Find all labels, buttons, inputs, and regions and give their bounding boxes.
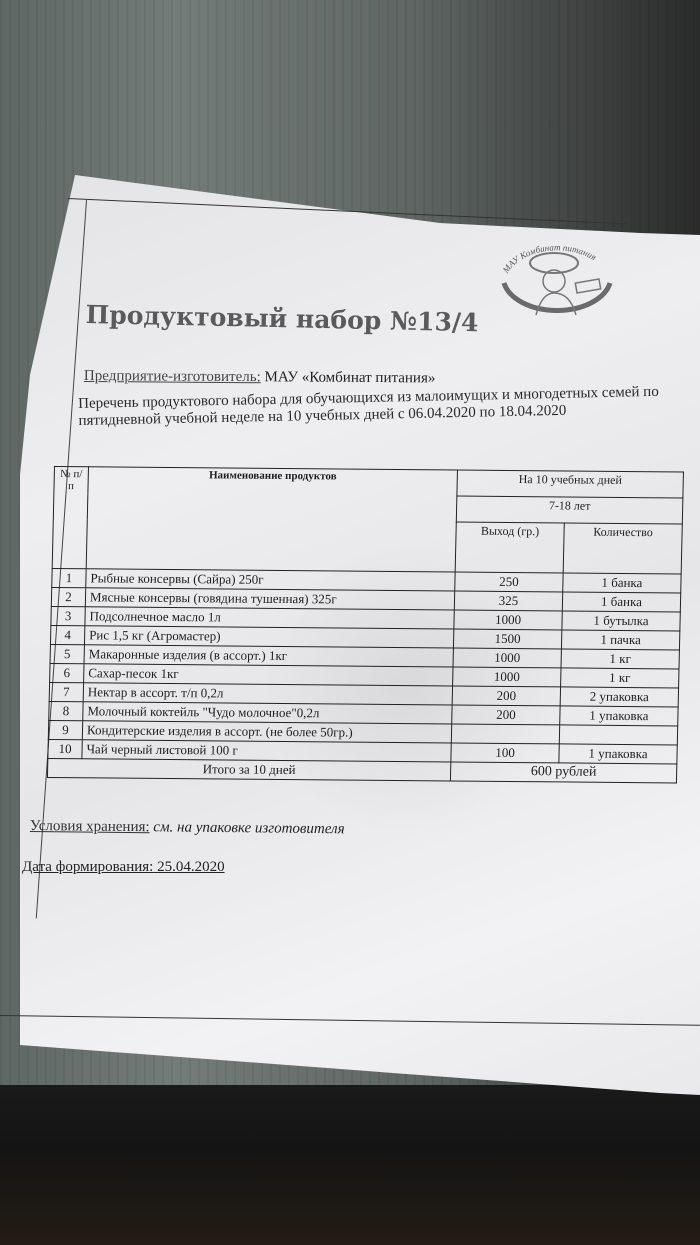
- product-table: № п/п Наименование продуктов На 10 учебн…: [47, 466, 684, 783]
- cell-num: 7: [49, 682, 83, 701]
- cell-quantity: 1 пачка: [561, 630, 679, 650]
- header-output: Выход (гр.): [455, 522, 564, 573]
- cell-quantity: [559, 725, 677, 745]
- producer-label: Предприятие-изготовитель:: [84, 368, 261, 385]
- cell-quantity: 1 кг: [561, 649, 679, 669]
- cell-quantity: 1 бутылка: [562, 611, 680, 631]
- cell-num: 4: [50, 625, 84, 644]
- cell-output: 1500: [453, 629, 561, 649]
- cell-quantity: 1 упаковка: [560, 706, 678, 726]
- cell-output: 200: [452, 705, 560, 725]
- storage-conditions: Условия хранения: см. на упаковке изгото…: [30, 818, 345, 838]
- header-num: № п/п: [52, 467, 88, 569]
- cell-num: 2: [51, 587, 85, 606]
- header-age: 7-18 лет: [456, 496, 683, 524]
- header-quantity: Количество: [563, 523, 682, 574]
- storage-label: Условия хранения:: [30, 818, 150, 835]
- cell-output: 1000: [454, 610, 562, 630]
- dark-floor-area: [0, 1085, 700, 1245]
- cell-quantity: 1 банка: [562, 592, 680, 612]
- cell-output: 200: [452, 686, 560, 706]
- cell-num: 3: [51, 606, 85, 625]
- cell-num: 5: [50, 644, 84, 663]
- chef-logo-icon: МАУ Комбинат питания: [492, 237, 622, 319]
- cell-output: 100: [451, 743, 559, 763]
- cell-quantity: 1 кг: [561, 668, 679, 688]
- cell-output: 250: [455, 572, 563, 592]
- cell-num: 10: [48, 739, 82, 758]
- cell-output: [451, 724, 559, 744]
- cell-quantity: 1 упаковка: [559, 744, 677, 764]
- formation-date: Дата формирования: 25.04.2020: [22, 859, 225, 876]
- storage-value: см. на упаковке изготовителя: [153, 819, 344, 837]
- cell-quantity: 2 упаковка: [560, 687, 678, 707]
- cell-output: 1000: [453, 667, 561, 687]
- cell-num: 6: [50, 663, 84, 682]
- cell-output: 1000: [453, 648, 561, 668]
- header-period: На 10 учебных дней: [457, 470, 684, 498]
- cell-quantity: 1 банка: [563, 573, 681, 593]
- total-value: 600 рублей: [450, 762, 676, 783]
- total-label: Итого за 10 дней: [47, 758, 450, 781]
- producer-value: МАУ «Комбинат питания»: [264, 369, 435, 386]
- producer-line: Предприятие-изготовитель: МАУ «Комбинат …: [84, 368, 436, 387]
- cell-num: 1: [52, 568, 86, 587]
- cell-num: 8: [49, 701, 83, 720]
- cell-num: 9: [48, 720, 82, 739]
- header-name: Наименование продуктов: [86, 467, 457, 572]
- formed-label: Дата формирования:: [22, 859, 153, 875]
- formed-value: 25.04.2020: [157, 859, 225, 875]
- cell-output: 325: [454, 591, 562, 611]
